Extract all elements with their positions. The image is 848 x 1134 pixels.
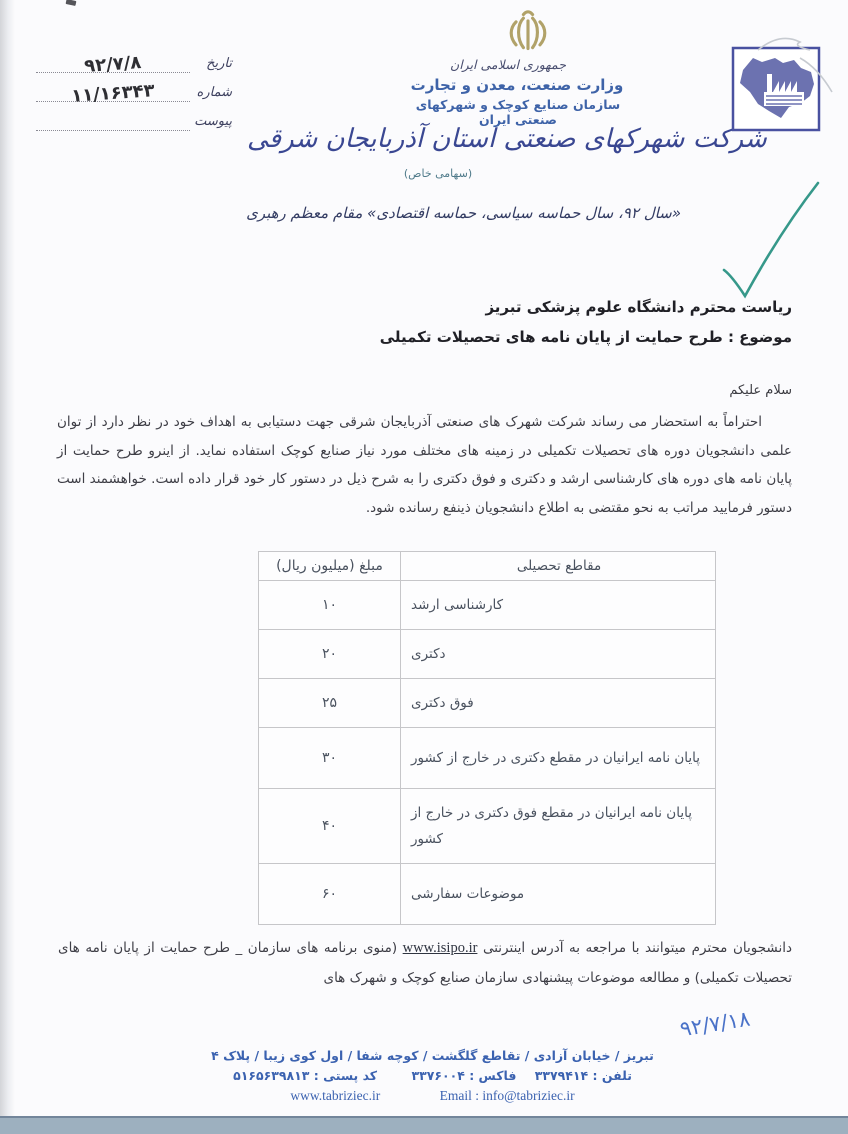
footer-web-line: www.tabriziec.ir Email : info@tabriziec.…	[160, 1088, 705, 1104]
company-type: (سهامی خاص)	[358, 167, 518, 180]
footer-phone: تلفن : ۳۳۷۹۴۱۴	[535, 1068, 632, 1083]
level-cell: موضوعات سفارشی	[401, 864, 716, 925]
footer-contact: تلفن : ۳۳۷۹۴۱۴ فاکس : ۳۳۷۶۰۰۴ کد پستی : …	[160, 1068, 705, 1083]
attachment-label: پیوست	[190, 114, 232, 131]
footer-website: www.tabriziec.ir	[290, 1088, 380, 1103]
number-label: شماره	[190, 85, 232, 102]
header-amount: مبلغ (میلیون ریال)	[259, 552, 401, 581]
footer-email: Email : info@tabriziec.ir	[440, 1088, 575, 1103]
level-cell: فوق دکتری	[401, 679, 716, 728]
company-name: شرکت شهرکهای صنعتی استان آذربایجان شرقی	[247, 113, 647, 165]
amount-cell: ۲۰	[259, 630, 401, 679]
amount-cell: ۳۰	[259, 728, 401, 789]
scanner-bed-strip	[0, 1116, 848, 1134]
table-row: فوق دکتری ۲۵	[259, 679, 716, 728]
iran-emblem-icon	[505, 6, 551, 58]
body-paragraph: احتراماً به استحضار می رساند شرکت شهرک ه…	[57, 408, 792, 522]
table-row: دکتری ۲۰	[259, 630, 716, 679]
level-cell: کارشناسی ارشد	[401, 581, 716, 630]
scanned-letter-page: تاریخ ۹۲/۷/۸ شماره ۱۱/۱۶۳۴۳ پیوست جمهوری…	[0, 0, 848, 1134]
closing-paragraph: دانشجویان محترم میتوانند با مراجعه به آد…	[58, 933, 792, 993]
level-cell: پایان نامه ایرانیان در مقطع دکتری در خار…	[401, 728, 716, 789]
number-line: ۱۱/۱۶۳۴۳	[36, 72, 190, 102]
grant-table: مقاطع تحصیلی مبلغ (میلیون ریال) کارشناسی…	[258, 551, 716, 925]
checkmark-annotation	[700, 178, 825, 300]
isipo-url: www.isipo.ir	[403, 940, 478, 956]
scan-edge-shadow	[0, 0, 15, 1118]
closing-text-before: دانشجویان محترم میتوانند با مراجعه به آد…	[477, 940, 792, 956]
date-line: ۹۲/۷/۸	[36, 43, 190, 73]
year-slogan: «سال ۹۲، سال حماسه سیاسی، حماسه اقتصادی»…	[281, 204, 681, 222]
corner-mark	[66, 0, 77, 6]
header-level: مقاطع تحصیلی	[401, 552, 716, 581]
date-field: تاریخ ۹۲/۷/۸	[36, 44, 232, 73]
date-label: تاریخ	[190, 56, 232, 73]
recipient-line: ریاست محترم دانشگاه علوم پزشکی تبریز	[58, 298, 792, 316]
handwritten-approval-date: ۹۲/۷/۱۸	[609, 996, 820, 1053]
level-cell: پایان نامه ایرانیان در مقطع فوق دکتری در…	[401, 789, 716, 864]
level-cell: دکتری	[401, 630, 716, 679]
table-row: کارشناسی ارشد ۱۰	[259, 581, 716, 630]
amount-cell: ۴۰	[259, 789, 401, 864]
footer-fax: فاکس : ۳۳۷۶۰۰۴	[411, 1068, 516, 1083]
ministry-title: وزارت صنعت، معدن و تجارت	[397, 76, 637, 94]
footer-address: تبریز / خیابان آزادی / تقاطع گلگشت / کوچ…	[160, 1048, 705, 1063]
pencil-scribble-mark	[752, 20, 844, 112]
table-row: پایان نامه ایرانیان در مقطع فوق دکتری در…	[259, 789, 716, 864]
amount-cell: ۱۰	[259, 581, 401, 630]
salutation: سلام علیکم	[58, 383, 792, 398]
amount-cell: ۶۰	[259, 864, 401, 925]
amount-cell: ۲۵	[259, 679, 401, 728]
number-field: شماره ۱۱/۱۶۳۴۳	[36, 73, 232, 102]
footer-postal-code: کد پستی : ۵۱۶۵۶۳۹۸۱۳	[233, 1068, 377, 1083]
table-header-row: مقاطع تحصیلی مبلغ (میلیون ریال)	[259, 552, 716, 581]
footer: تبریز / خیابان آزادی / تقاطع گلگشت / کوچ…	[160, 1048, 705, 1104]
letterhead-fields: تاریخ ۹۲/۷/۸ شماره ۱۱/۱۶۳۴۳ پیوست	[36, 44, 232, 131]
table-row: موضوعات سفارشی ۶۰	[259, 864, 716, 925]
attachment-line	[36, 101, 190, 131]
handwritten-date: ۹۲/۷/۸	[84, 52, 142, 77]
table-row: پایان نامه ایرانیان در مقطع دکتری در خار…	[259, 728, 716, 789]
republic-caption: جمهوری اسلامی ایران	[428, 57, 588, 72]
subject-line: موضوع : طرح حمایت از پایان نامه های تحصی…	[58, 328, 792, 346]
attachment-field: پیوست	[36, 102, 232, 131]
